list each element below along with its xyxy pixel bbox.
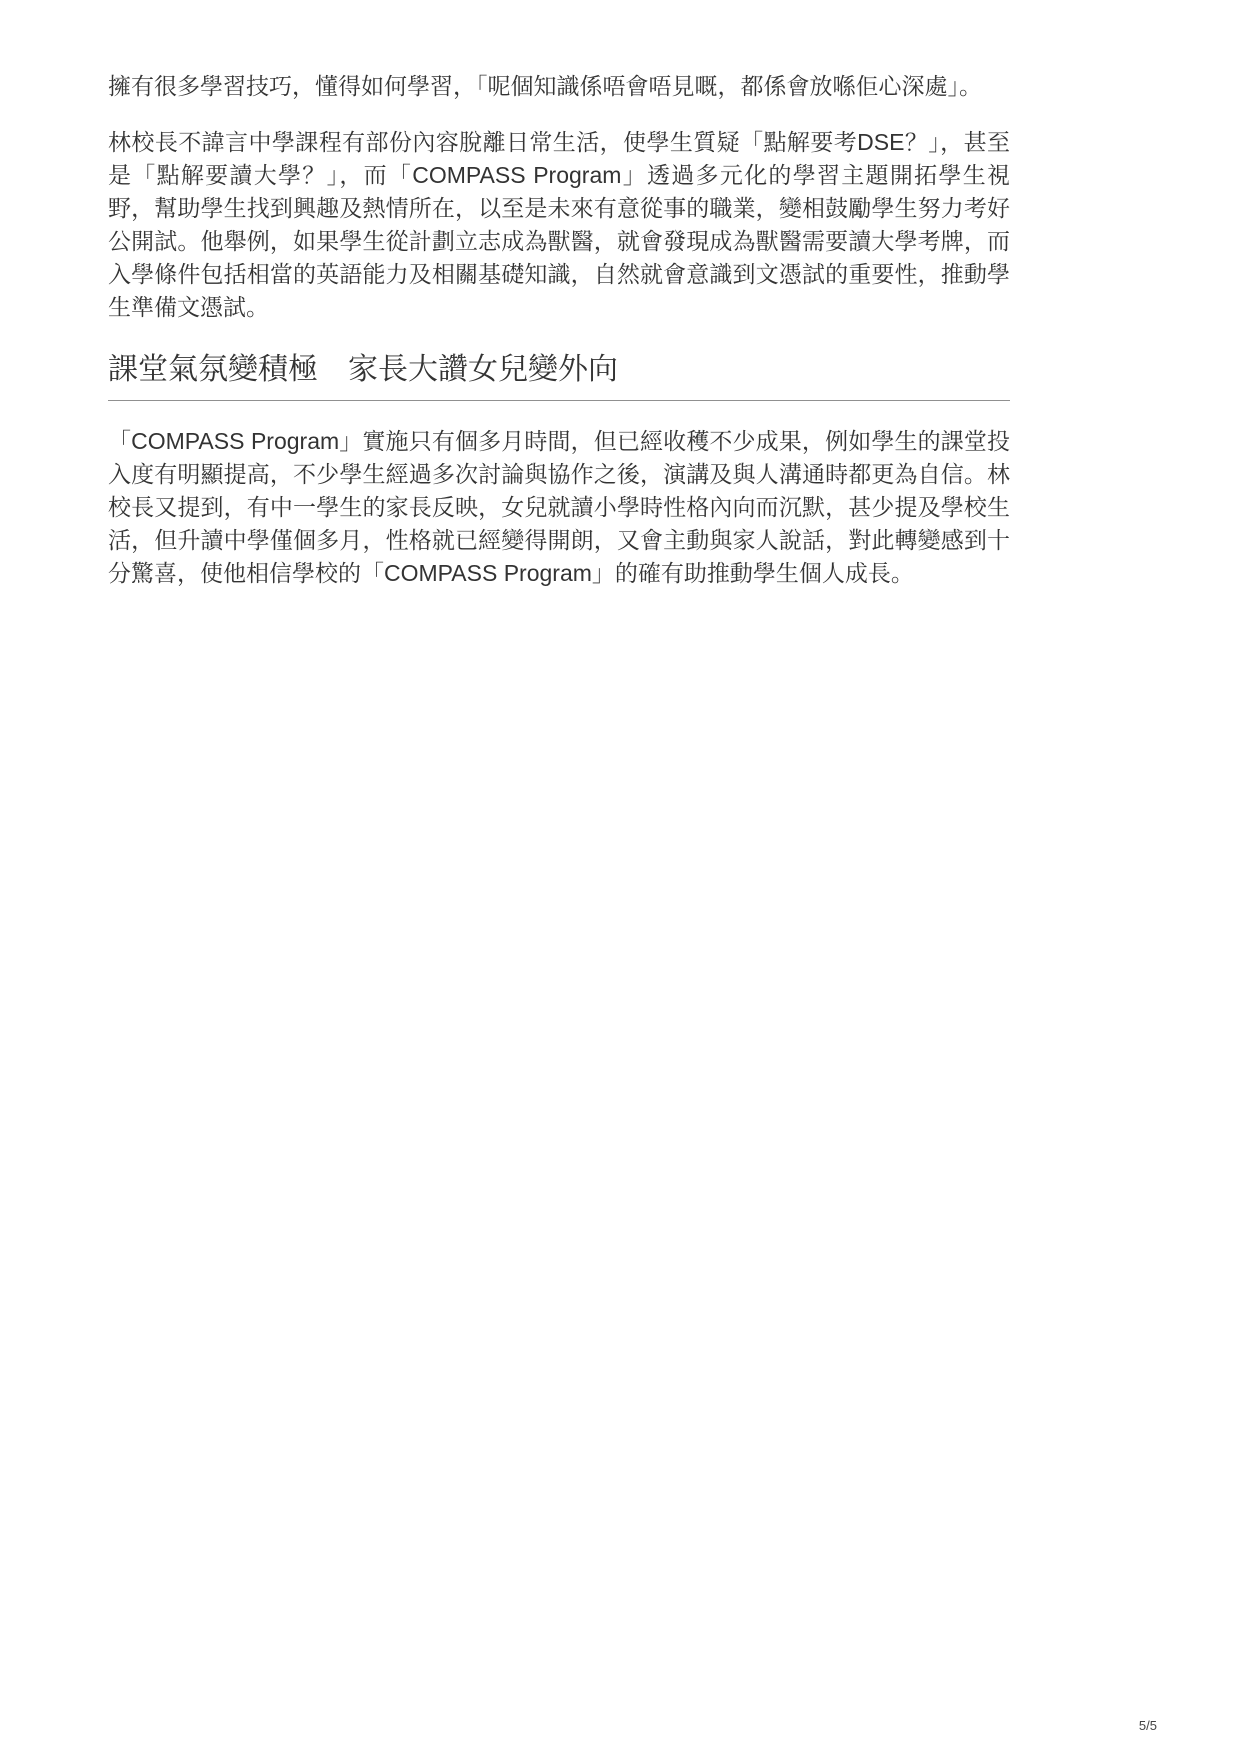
page-number: 5/5 — [1139, 1718, 1157, 1733]
document-page: 擁有很多學習技巧，懂得如何學習，「呢個知識係唔會唔見嘅，都係會放喺佢心深處」。 … — [0, 0, 1241, 1755]
paragraph-learning-skills: 擁有很多學習技巧，懂得如何學習，「呢個知識係唔會唔見嘅，都係會放喺佢心深處」。 — [108, 70, 1010, 103]
paragraph-program-results: 「COMPASS Program」實施只有個多月時間，但已經收穫不少成果，例如學… — [108, 425, 1010, 590]
article-body: 擁有很多學習技巧，懂得如何學習，「呢個知識係唔會唔見嘅，都係會放喺佢心深處」。 … — [108, 70, 1010, 613]
paragraph-dse-curriculum: 林校長不諱言中學課程有部份內容脫離日常生活，使學生質疑「點解要考DSE？」，甚至… — [108, 126, 1010, 324]
section-heading: 課堂氣氛變積極 家長大讚女兒變外向 — [108, 353, 1010, 401]
